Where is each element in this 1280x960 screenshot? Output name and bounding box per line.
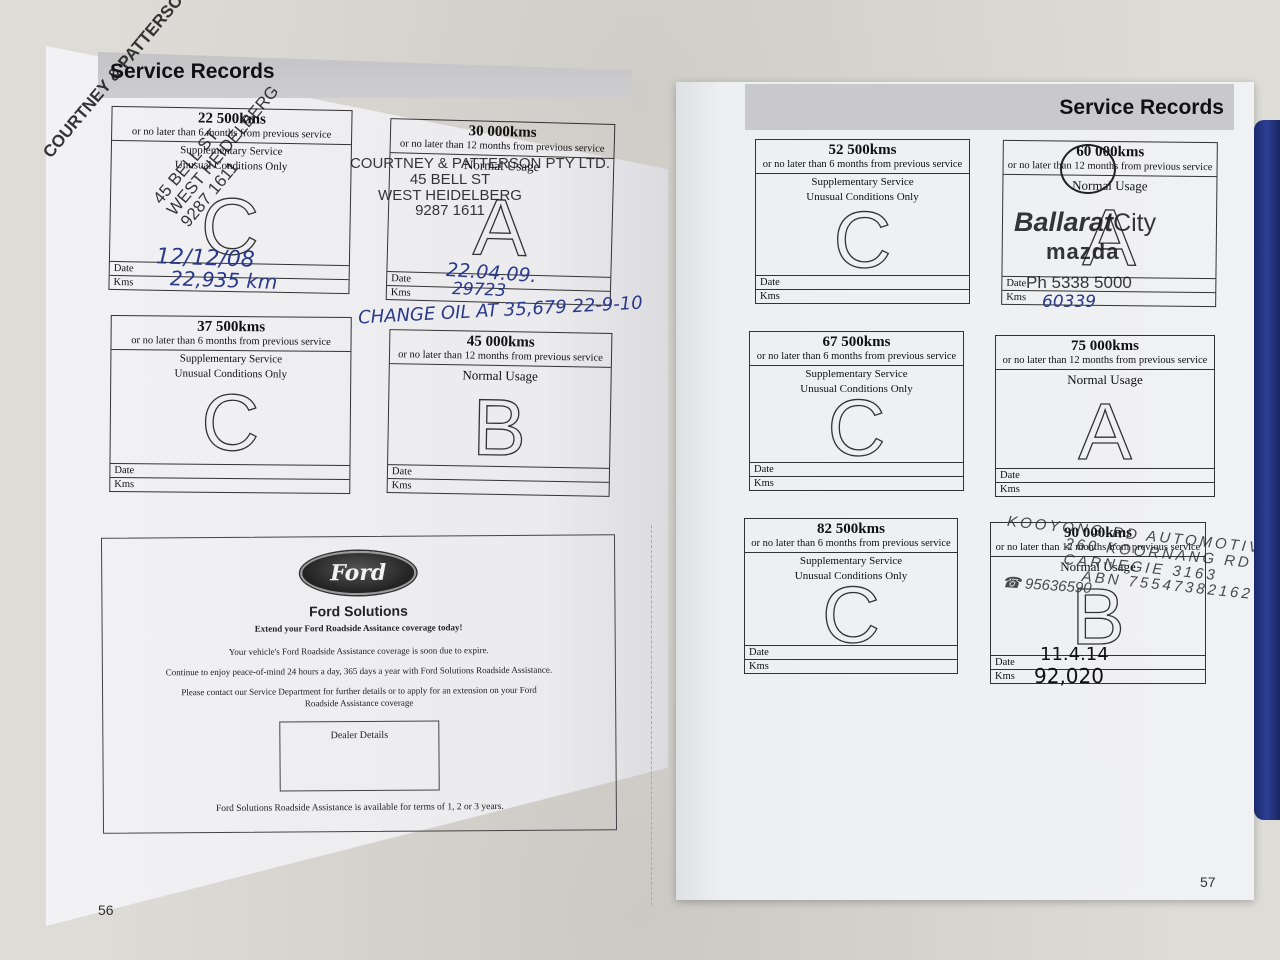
ad-title: Ford Solutions (102, 601, 614, 621)
handwritten-date: 11.4.14 (1040, 644, 1109, 665)
card-condition: or no later than 6 months from previous … (750, 351, 963, 366)
right-page-title: Service Records (1059, 96, 1224, 119)
kms-label: Kms (756, 289, 969, 303)
service-type-letter: C (110, 382, 350, 464)
date-label: Date (996, 468, 1214, 482)
handwritten-kms: 22,935 km (170, 266, 278, 294)
right-page-header: Service Records (745, 84, 1234, 130)
service-card-67500: 67 500kms or no later than 6 months from… (749, 331, 964, 491)
ad-paragraph: Please contact our Service Department fo… (103, 683, 615, 711)
service-card-45000: 45 000kms or no later than 12 months fro… (387, 329, 613, 497)
stamp-line: 45 BELL ST (280, 172, 620, 188)
service-card-37500: 37 500kms or no later than 6 months from… (109, 315, 352, 494)
page-number-right: 57 (1200, 874, 1216, 890)
card-kms-interval: 75 000kms (996, 338, 1214, 355)
ford-logo: Ford (300, 551, 416, 596)
service-card-82500: 82 500kms or no later than 6 months from… (744, 518, 958, 674)
stamp-phone: Ph 5338 5000 (1026, 274, 1132, 292)
stamp-line: 9287 1611 (280, 203, 620, 219)
dealer-details-box: Dealer Details (279, 720, 439, 791)
stamp-dealer-city: City (1113, 209, 1156, 237)
kms-label: Kms (745, 659, 957, 673)
service-type-letter: B (388, 386, 610, 470)
ad-paragraph: Your vehicle's Ford Roadside Assistance … (103, 643, 615, 659)
perforation-line (651, 525, 652, 905)
service-card-75000: 75 000kms or no later than 12 months fro… (995, 335, 1215, 497)
handwritten-kms: 60339 (1042, 292, 1096, 312)
kms-label: Kms (388, 478, 609, 496)
card-description: Normal Usage (996, 372, 1214, 387)
mazda-emblem-icon (1060, 144, 1116, 194)
card-condition: or no later than 6 months from previous … (756, 159, 969, 174)
stamp-line: WEST HEIDELBERG (280, 188, 620, 204)
card-description: Supplementary Service (756, 176, 969, 189)
service-type-letter: C (756, 200, 969, 280)
card-condition: or no later than 12 months from previous… (390, 349, 611, 368)
card-kms-interval: 82 500kms (745, 521, 957, 538)
phone-icon: ☎ (1002, 574, 1022, 592)
date-label: Date (750, 462, 963, 476)
card-condition: or no later than 6 months from previous … (745, 538, 957, 553)
kms-label: Kms (110, 477, 349, 493)
card-kms-interval: 67 500kms (750, 334, 963, 351)
handwritten-kms: 29723 (452, 279, 507, 301)
card-kms-interval: 37 500kms (112, 318, 351, 337)
service-type-letter: C (750, 388, 963, 468)
card-kms-interval: 52 500kms (756, 142, 969, 159)
handwritten-kms: 92,020 (1034, 664, 1104, 688)
stamp-dealer-name: Ballarat (1014, 207, 1113, 237)
card-description: Supplementary Service (750, 368, 963, 381)
kms-label: Kms (750, 476, 963, 490)
ad-paragraph: Continue to enjoy peace-of-mind 24 hours… (103, 663, 615, 679)
ballarat-mazda-stamp: BallaratCity (1014, 208, 1156, 236)
ad-subtitle: Extend your Ford Roadside Assitance cove… (103, 621, 615, 635)
card-description: Supplementary Service (745, 555, 957, 568)
date-label: Date (756, 275, 969, 289)
date-label: Date (745, 645, 957, 659)
card-condition: or no later than 12 months from previous… (996, 355, 1214, 370)
ad-footer: Ford Solutions Roadside Assistance is av… (104, 801, 616, 815)
mazda-logo: mazda (1046, 240, 1119, 263)
page-number-left: 56 (98, 902, 114, 918)
service-type-letter: C (745, 575, 957, 655)
stamp-line: COURTNEY & PATTERSON PTY LTD. (340, 156, 620, 172)
dealer-details-label: Dealer Details (331, 730, 389, 741)
dealer-stamp-horizontal: COURTNEY & PATTERSON PTY LTD. 45 BELL ST… (340, 156, 620, 219)
card-description: Supplementary Service (111, 352, 350, 367)
kms-label: Kms (996, 482, 1214, 496)
kms-label: Kms (1002, 290, 1215, 306)
service-type-letter: A (996, 392, 1214, 472)
service-card-52500: 52 500kms or no later than 6 months from… (755, 139, 970, 304)
blue-object-edge (1254, 120, 1280, 820)
ford-solutions-ad: Ford Ford Solutions Extend your Ford Roa… (101, 534, 617, 834)
card-condition: or no later than 6 months from previous … (111, 335, 350, 352)
